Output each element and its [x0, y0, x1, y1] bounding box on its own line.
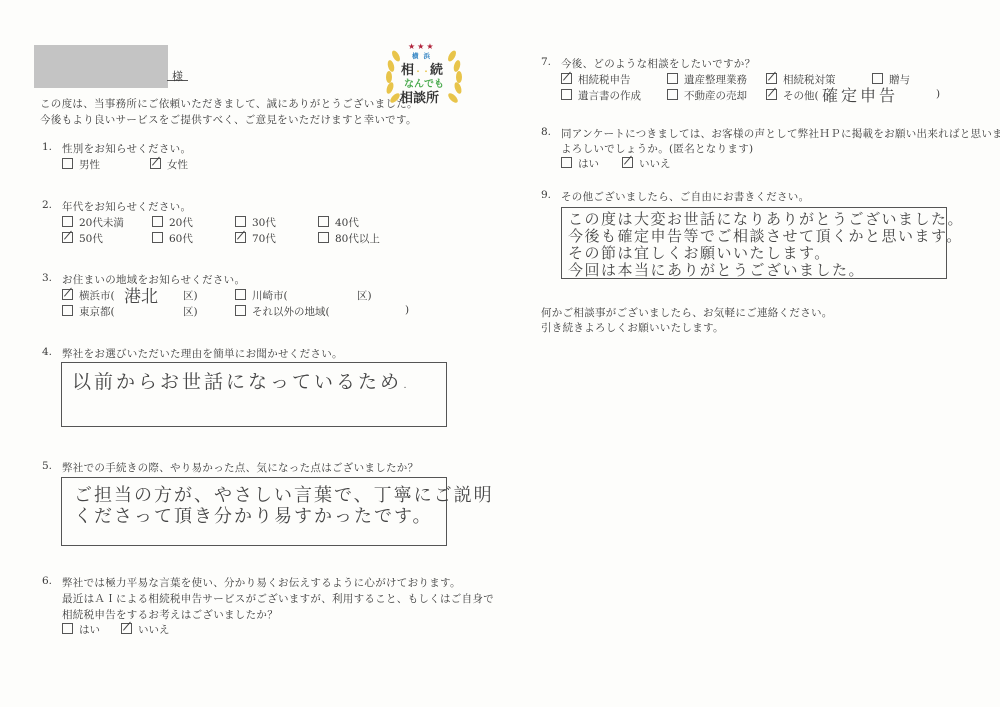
honorific: 様 [172, 68, 183, 84]
q4-answer-box[interactable]: 以前からお世話になっているため. [61, 362, 447, 427]
footer-line-2: 引き続きよろしくお願いいたします。 [541, 320, 724, 335]
q1-question: 性別をお知らせください。 [62, 141, 191, 156]
q3-yokohama-ward-handwritten[interactable]: 港北 [124, 282, 158, 307]
checkbox-checked[interactable] [766, 89, 777, 100]
checkbox[interactable] [561, 157, 572, 168]
logo-soudansho: 相談所 [400, 87, 439, 106]
checkbox-checked[interactable] [62, 232, 73, 243]
q6-question-line-1: 弊社では極力平易な言葉を使い、分かり易くお伝えするように心がけております。 [62, 575, 461, 590]
q2-question: 年代をお知らせください。 [62, 199, 191, 214]
q3-other-suffix: ) [405, 304, 409, 316]
laurel-right-icon [444, 48, 464, 106]
checkbox[interactable] [235, 305, 246, 316]
checkbox[interactable] [561, 89, 572, 100]
q7-option-inheritance-tax-filing[interactable]: 相続税申告 [561, 72, 631, 87]
q3-option-yokohama[interactable]: 横浜市( [62, 288, 115, 303]
q6-option-no[interactable]: いいえ [121, 622, 170, 637]
q2-option-50s[interactable]: 50代 [62, 231, 103, 246]
q4-answer-line-1: 以前からお世話になっているため. [72, 367, 411, 394]
q1-number: 1. [42, 141, 52, 153]
q5-number: 5. [42, 460, 52, 472]
q8-question-line-1: 同アンケートにつきましては、お客様の声として弊社ＨＰに掲載をお願い出来ればと思い… [561, 126, 1000, 141]
q3-option-other-region[interactable]: それ以外の地域( [235, 304, 330, 319]
q2-option-40s[interactable]: 40代 [318, 215, 359, 230]
checkbox-checked[interactable] [561, 73, 572, 84]
q2-option-70s[interactable]: 70代 [235, 231, 276, 246]
checkbox[interactable] [235, 216, 246, 227]
q2-number: 2. [42, 199, 52, 211]
q3-tokyo-suffix: 区) [183, 304, 198, 319]
q5-answer-box[interactable]: ご担当の方が、やさしい言葉で、丁寧にご説明 くださって頂き分かり易すかったです。 [61, 477, 447, 546]
q8-option-yes[interactable]: はい [561, 156, 599, 171]
q7-option-real-estate-sale[interactable]: 不動産の売却 [667, 88, 747, 103]
q1-option-male[interactable]: 男性 [62, 157, 100, 172]
q9-question: その他ございましたら、ご自由にお書きください。 [561, 189, 809, 204]
checkbox-checked[interactable] [150, 158, 161, 169]
q7-question: 今後、どのような相談をしたいですか？ [561, 56, 755, 71]
q4-question: 弊社をお選びいただいた理由を簡単にお聞かせください。 [62, 346, 343, 361]
q2-option-30s[interactable]: 30代 [235, 215, 276, 230]
q8-question-line-2: よろしいでしょうか。(匿名となります) [561, 141, 753, 156]
checkbox[interactable] [62, 623, 73, 634]
checkbox[interactable] [62, 305, 73, 316]
checkbox[interactable] [152, 232, 163, 243]
q7-option-will-drafting[interactable]: 遺言書の作成 [561, 88, 641, 103]
q6-question-line-3: 相続税申告をするお考えはございましたか？ [62, 607, 278, 622]
q7-other-handwritten[interactable]: 確定申告 [822, 83, 898, 106]
checkbox[interactable] [152, 216, 163, 227]
q7-option-estate-settlement[interactable]: 遺産整理業務 [667, 72, 747, 87]
checkbox-checked[interactable] [622, 157, 633, 168]
q2-option-80plus[interactable]: 80代以上 [318, 231, 380, 246]
q2-option-20s[interactable]: 20代 [152, 215, 193, 230]
q5-answer-line-2: くださって頂き分かり易すかったです。 [74, 502, 433, 528]
q8-option-no[interactable]: いいえ [622, 156, 671, 171]
checkbox[interactable] [318, 216, 329, 227]
q2-option-60s[interactable]: 60代 [152, 231, 193, 246]
q9-answer-line-4: 今回は本当にありがとうございました。 [568, 259, 865, 280]
q5-question: 弊社での手続きの際、やり易かった点、気になった点はございましたか？ [62, 460, 418, 475]
q2-option-under20[interactable]: 20代未満 [62, 215, 124, 230]
redacted-customer-name [34, 45, 168, 88]
q3-option-kawasaki[interactable]: 川崎市( [235, 288, 288, 303]
checkbox-checked[interactable] [766, 73, 777, 84]
q4-number: 4. [42, 346, 52, 358]
checkbox[interactable] [62, 158, 73, 169]
q3-number: 3. [42, 272, 52, 284]
checkbox[interactable] [62, 216, 73, 227]
intro-line-1: この度は、当事務所にご依頼いただきまして、誠にありがとうございました。 [40, 96, 418, 111]
q6-option-yes[interactable]: はい [62, 622, 100, 637]
footer-line-1: 何かご相談事がございましたら、お気軽にご連絡ください。 [541, 305, 833, 320]
q6-number: 6. [42, 575, 52, 587]
q3-kawasaki-suffix: 区) [357, 288, 372, 303]
checkbox-checked[interactable] [121, 623, 132, 634]
q9-answer-box[interactable]: この度は大変お世話になりありがとうございました。 今後も確定申告等でご相談させて… [561, 207, 947, 279]
q6-question-line-2: 最近はＡＩによる相続税申告サービスがございますが、利用すること、もしくはご自身で [62, 591, 494, 606]
q9-number: 9. [541, 189, 551, 201]
q8-number: 8. [541, 126, 551, 138]
q7-option-other[interactable]: その他( [766, 88, 819, 103]
q1-option-female[interactable]: 女性 [150, 157, 188, 172]
q7-other-suffix: ) [936, 88, 940, 100]
checkbox[interactable] [318, 232, 329, 243]
checkbox-checked[interactable] [62, 289, 73, 300]
q3-yokohama-suffix: 区) [183, 288, 198, 303]
intro-line-2: 今後もより良いサービスをご提供すべく、ご意見をいただけますと幸いです。 [40, 112, 417, 127]
checkbox[interactable] [235, 289, 246, 300]
q7-number: 7. [541, 56, 551, 68]
checkbox-checked[interactable] [235, 232, 246, 243]
company-logo: ★★★ 横浜 相・・続 なんでも 相談所 [384, 42, 464, 110]
stars-icon: ★★★ [408, 42, 436, 51]
checkbox[interactable] [667, 73, 678, 84]
q3-option-tokyo[interactable]: 東京都( [62, 304, 115, 319]
checkbox[interactable] [667, 89, 678, 100]
